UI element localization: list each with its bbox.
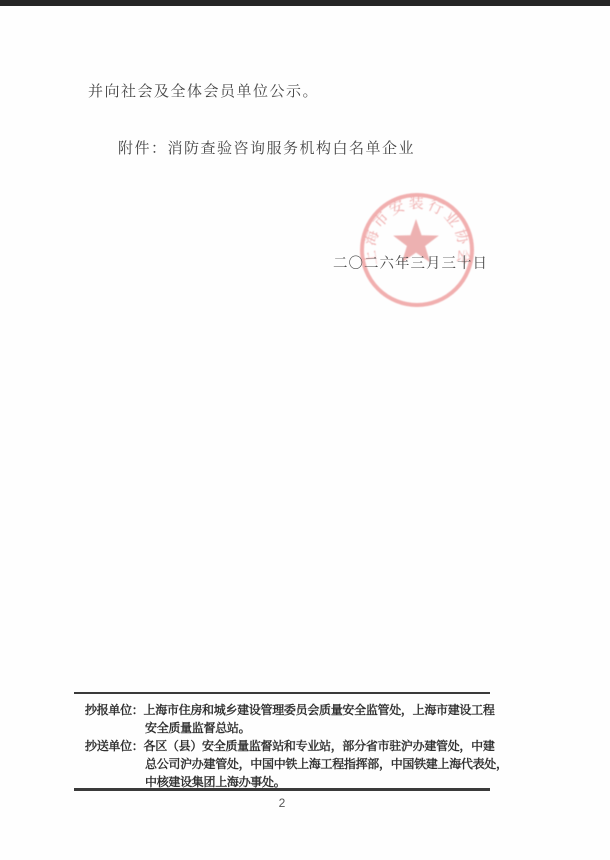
cc-block-top-rule [74,692,490,694]
cc-report-label: 抄报单位： [85,703,144,717]
date-line: 二〇二六年三月三十日 [333,252,488,273]
cc-send-line-2: 总公司沪办建管处，中国中铁上海工程指挥部，中国铁建上海代表处， [145,755,508,772]
cc-report-text-1: 上海市住房和城乡建设管理委员会质量安全监管处，上海市建设工程 [144,703,495,717]
cc-report-line-2: 安全质量监督总站。 [145,719,250,736]
document-page: 并向社会及全体会员单位公示。 附件：消防查验咨询服务机构白名单企业 上海市安装行… [0,0,610,860]
cc-send-label: 抄送单位： [85,739,144,753]
official-seal: 上海市安装行业协会 [342,175,492,325]
scan-edge-top [0,0,610,6]
page-number: 2 [272,796,292,810]
cc-send-line-1: 抄送单位：各区（县）安全质量监督站和专业站，部分省市驻沪办建管处，中建 [85,737,495,754]
body-paragraph-line: 并向社会及全体会员单位公示。 [88,80,319,101]
cc-report-line-1: 抄报单位：上海市住房和城乡建设管理委员会质量安全监管处，上海市建设工程 [85,701,495,718]
cc-block-bottom-rule [74,788,490,791]
cc-send-text-1: 各区（县）安全质量监督站和专业站，部分省市驻沪办建管处，中建 [144,739,495,753]
attachment-line: 附件：消防查验咨询服务机构白名单企业 [118,137,415,158]
